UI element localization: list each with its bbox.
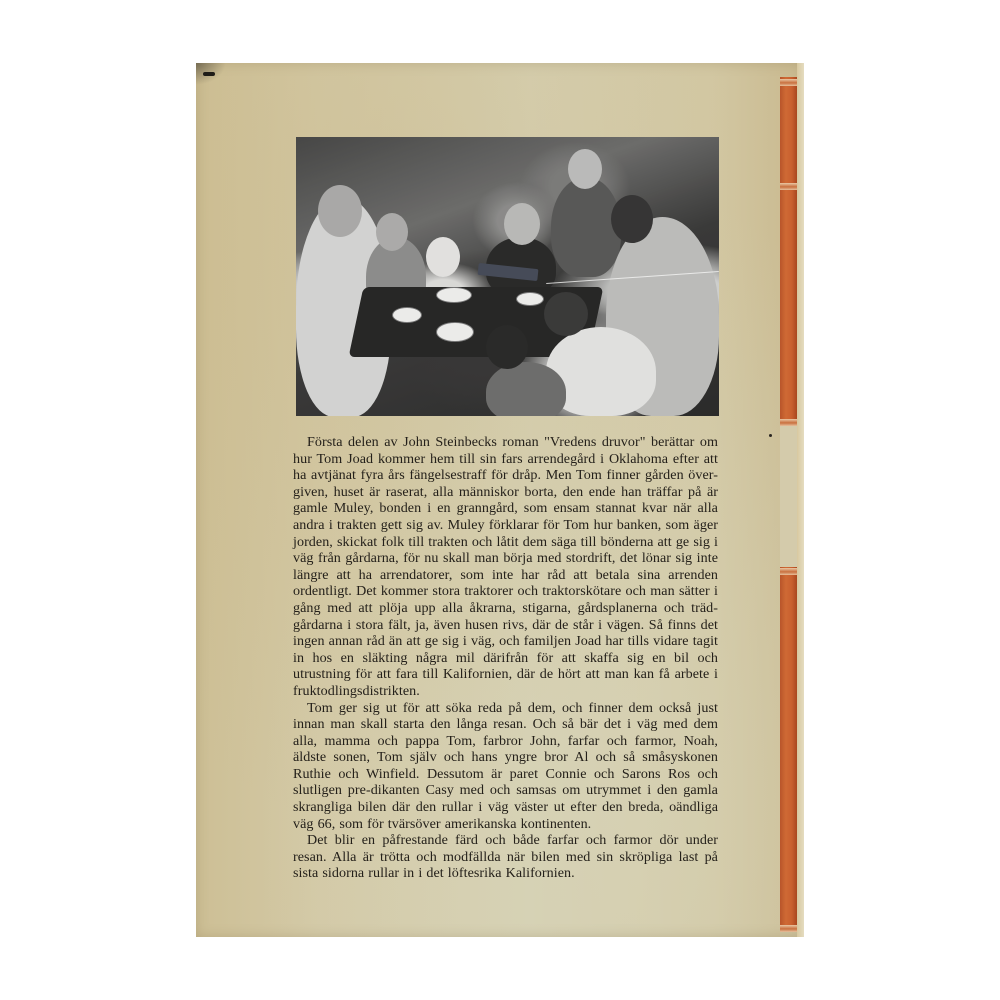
figure xyxy=(486,362,566,416)
dish xyxy=(436,322,474,342)
spine-band xyxy=(780,79,797,86)
spine-gap xyxy=(780,423,797,567)
figure-head xyxy=(568,149,602,189)
film-still-photo xyxy=(296,137,719,416)
figure-head xyxy=(376,213,408,251)
speck xyxy=(769,434,772,437)
spine-band xyxy=(780,568,797,575)
dish xyxy=(516,292,544,306)
spine-band xyxy=(780,925,797,932)
spine-band xyxy=(780,183,797,190)
figure-head xyxy=(504,203,540,245)
figure xyxy=(551,177,621,277)
blurb-paragraph: Första delen av John Steinbecks roman "V… xyxy=(293,434,718,700)
blurb-paragraph: Det blir en påfrestande färd och både fa… xyxy=(293,832,718,882)
figure-head xyxy=(544,292,588,336)
dish xyxy=(392,307,422,323)
blurb-paragraph: Tom ger sig ut för att söka reda på dem,… xyxy=(293,700,718,833)
corner-mark xyxy=(203,72,215,76)
figure-head xyxy=(318,185,362,237)
spine-band xyxy=(780,419,797,426)
book-back-cover: Första delen av John Steinbecks roman "V… xyxy=(196,63,804,937)
figure-head xyxy=(426,237,460,277)
spine-edge xyxy=(797,63,804,937)
blurb-text: Första delen av John Steinbecks roman "V… xyxy=(293,434,718,882)
dish xyxy=(436,287,472,303)
figure-head xyxy=(486,325,528,369)
figure-head xyxy=(611,195,653,243)
